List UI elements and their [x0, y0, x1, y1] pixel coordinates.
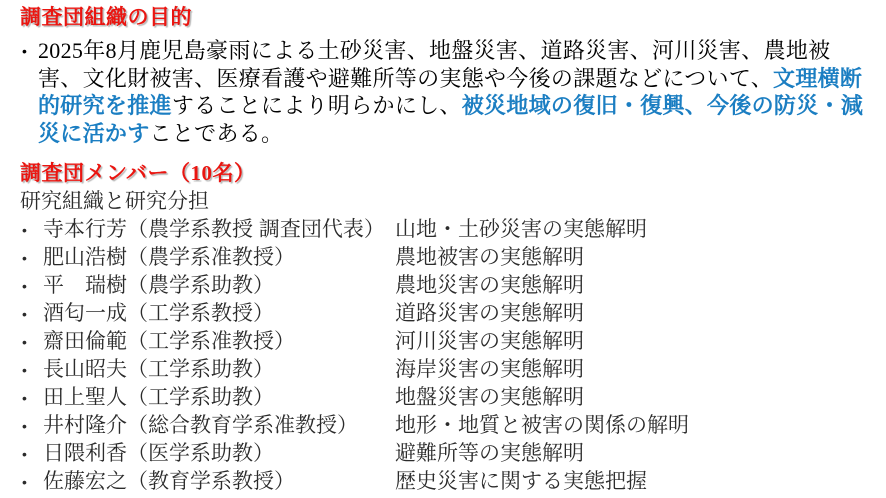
member-row: •酒匂一成（工学系教授）道路災害の実態解明 — [20, 300, 882, 328]
member-row: •長山昭夫（工学系助教）海岸災害の実態解明 — [20, 356, 882, 384]
member-duty: 歴史災害に関する実態把握 — [395, 468, 882, 496]
member-row: •寺本行芳（農学系教授 調査団代表）山地・土砂災害の実態解明 — [20, 216, 882, 244]
member-duty: 避難所等の実態解明 — [395, 440, 882, 468]
member-row: •田上聖人（工学系助教）地盤災害の実態解明 — [20, 384, 882, 412]
bullet-icon: • — [22, 216, 43, 244]
bullet-icon: • — [22, 356, 43, 384]
member-name: 肥山浩樹（農学系准教授） — [43, 244, 395, 272]
member-duty: 河川災害の実態解明 — [395, 328, 882, 356]
member-duty: 農地災害の実態解明 — [395, 272, 882, 300]
bullet-icon: • — [22, 272, 43, 300]
member-row: •肥山浩樹（農学系准教授）農地被害の実態解明 — [20, 244, 882, 272]
purpose-bullet-item: • 2025年8月鹿児島豪雨による土砂災害、地盤災害、道路災害、河川災害、農地被… — [22, 37, 874, 147]
bullet-icon: • — [22, 468, 43, 496]
member-row: •日隈利香（医学系助教）避難所等の実態解明 — [20, 440, 882, 468]
member-row: •井村隆介（総合教育学系准教授）地形・地質と被害の関係の解明 — [20, 412, 882, 440]
member-name: 佐藤宏之（教育学系教授） — [43, 468, 395, 496]
member-duty: 農地被害の実態解明 — [395, 244, 882, 272]
member-name: 酒匂一成（工学系教授） — [43, 300, 395, 328]
member-name: 平 瑞樹（農学系助教） — [43, 272, 395, 300]
text-segment: することにより明らかにし、 — [172, 93, 462, 118]
member-row: •平 瑞樹（農学系助教）農地災害の実態解明 — [20, 272, 882, 300]
text-segment: ことである。 — [150, 121, 284, 146]
member-name: 寺本行芳（農学系教授 調査団代表） — [43, 216, 395, 244]
member-name: 井村隆介（総合教育学系准教授） — [43, 412, 395, 440]
member-row: •齋田倫範（工学系准教授）河川災害の実態解明 — [20, 328, 882, 356]
member-duty: 地形・地質と被害の関係の解明 — [395, 412, 882, 440]
member-name: 日隈利香（医学系助教） — [43, 440, 395, 468]
bullet-icon: • — [22, 244, 43, 272]
member-name: 長山昭夫（工学系助教） — [43, 356, 395, 384]
bullet-icon: • — [22, 384, 43, 412]
member-duty: 山地・土砂災害の実態解明 — [395, 216, 882, 244]
member-list: •寺本行芳（農学系教授 調査団代表）山地・土砂災害の実態解明•肥山浩樹（農学系准… — [20, 216, 882, 496]
member-duty: 海岸災害の実態解明 — [395, 356, 882, 384]
member-duty: 道路災害の実態解明 — [395, 300, 882, 328]
members-subheading: 研究組織と研究分担 — [20, 188, 882, 215]
member-duty: 地盤災害の実態解明 — [395, 384, 882, 412]
purpose-paragraph-text: 2025年8月鹿児島豪雨による土砂災害、地盤災害、道路災害、河川災害、農地被害、… — [38, 37, 874, 147]
member-name: 齋田倫範（工学系准教授） — [43, 328, 395, 356]
slide: 調査団組織の目的 • 2025年8月鹿児島豪雨による土砂災害、地盤災害、道路災害… — [0, 0, 886, 498]
purpose-heading: 調査団組織の目的 — [20, 6, 882, 30]
bullet-icon: • — [22, 412, 43, 440]
text-segment: 2025年8月鹿児島豪雨による土砂災害、地盤災害、道路災害、河川災害、農地被害、… — [38, 38, 830, 91]
bullet-icon: • — [22, 440, 43, 468]
bullet-icon: • — [22, 300, 43, 328]
member-row: •佐藤宏之（教育学系教授）歴史災害に関する実態把握 — [20, 468, 882, 496]
members-heading: 調査団メンバー（10名） — [20, 161, 882, 186]
bullet-icon: • — [22, 37, 38, 65]
bullet-icon: • — [22, 328, 43, 356]
member-name: 田上聖人（工学系助教） — [43, 384, 395, 412]
